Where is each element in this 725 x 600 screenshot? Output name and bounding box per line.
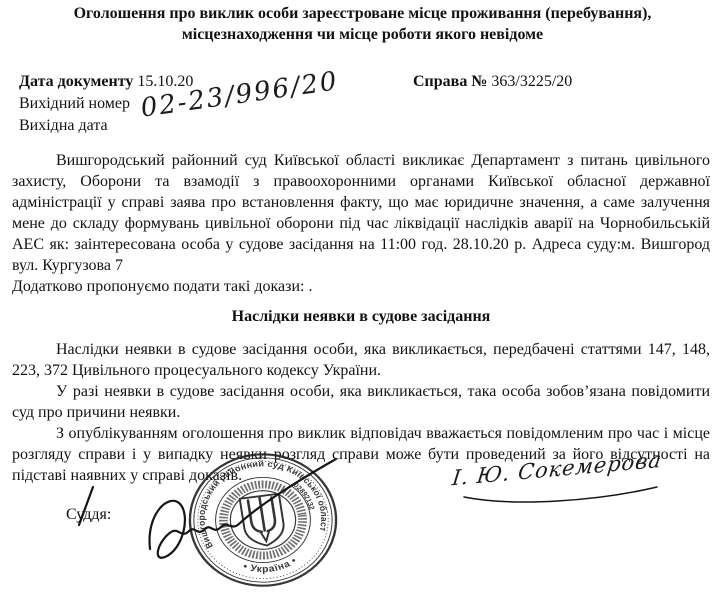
- document-meta: Дата документу 15.10.20 Вихідний номер В…: [0, 71, 725, 137]
- seal-country-text: • Україна •: [240, 555, 300, 578]
- signature-flourish-stroke: [464, 487, 657, 502]
- paragraph-consequences: Наслідки неявки в судове засідання особи…: [12, 339, 710, 381]
- case-number: 363/3225/20: [491, 73, 572, 90]
- meta-outgoing-date-row: Вихідна дата: [19, 115, 725, 137]
- outgoing-date-label: Вихідна дата: [19, 117, 108, 134]
- document-title-line1: Оголошення про виклик особи зареєстрован…: [0, 3, 725, 24]
- date-label: Дата документу: [19, 73, 133, 90]
- outgoing-number-label: Вихідний номер: [19, 95, 130, 112]
- document-title-line2: місцезнаходження чи місце роботи якого н…: [0, 24, 725, 45]
- document-title: Оголошення про виклик особи зареєстрован…: [0, 0, 725, 45]
- paragraph-summons: Вишгородський районний суд Київської обл…: [12, 150, 710, 276]
- case-label: Справа №: [413, 73, 487, 90]
- svg-text:• Україна •: • Україна •: [240, 555, 300, 578]
- case-reference: Справа № 363/3225/20: [413, 71, 572, 93]
- judge-label: Суддя:: [66, 506, 111, 523]
- judge-row: Суддя:: [0, 504, 725, 525]
- meta-date-row: Дата документу 15.10.20: [19, 71, 725, 93]
- document-body: Вишгородський районний суд Київської обл…: [12, 150, 710, 486]
- section-heading: Наслідки неявки в судове засідання: [12, 306, 710, 327]
- meta-outgoing-number-row: Вихідний номер: [19, 93, 725, 115]
- paragraph-obligation: У разі неявки в судове засідання особи, …: [12, 381, 710, 423]
- court-announcement-document: Оголошення про виклик особи зареєстрован…: [0, 0, 725, 600]
- paragraph-evidence: Додатково пропонуємо подати такі докази:…: [12, 276, 710, 297]
